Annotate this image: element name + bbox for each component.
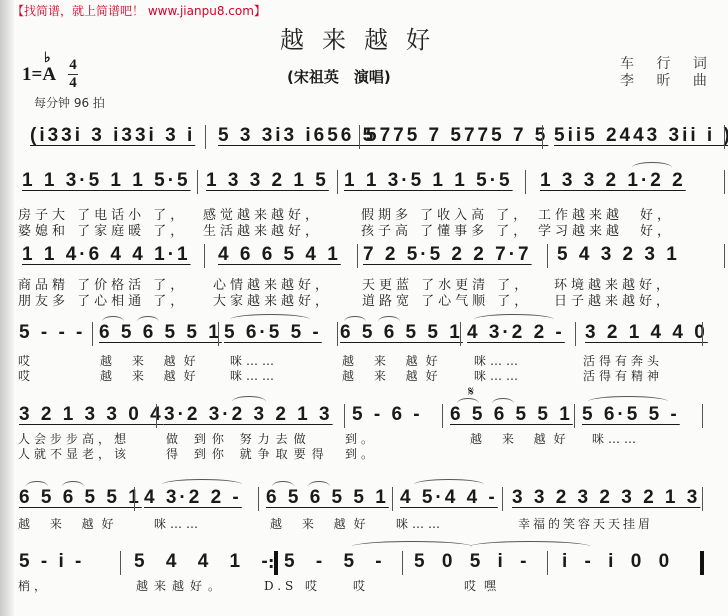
- lyric-line: 道路宽 了心气顺 了，: [362, 290, 531, 309]
- measure: 4 3·2 2 -: [467, 322, 565, 344]
- time-signature-top: 4: [68, 58, 78, 73]
- lyric-line: 越 来 越好: [470, 430, 574, 447]
- song-title: 越来越好: [0, 20, 728, 55]
- measure: 5 6·5 5 -: [224, 322, 322, 344]
- singer-credit: (宋祖英 演唱): [287, 66, 391, 87]
- composer-credit: 李 昕 曲: [620, 73, 716, 90]
- lyric-line: 幸福的笑容天天挂眉: [518, 515, 653, 532]
- tempo-marking: 每分钟 96 拍: [34, 94, 105, 111]
- measure: 4 3·2 2 -: [144, 487, 242, 509]
- lyric-line: 人就不显老，该: [18, 445, 130, 462]
- measure: 5 - 6 -: [352, 404, 423, 426]
- measure: 5 - 5 -: [284, 551, 390, 573]
- measure: 5 4 4 1 -: [134, 551, 276, 573]
- flat-symbol: ♭: [44, 50, 51, 67]
- lyric-line: 哎嘿: [464, 577, 504, 594]
- measure: (i33i 3 i33i 3 i: [30, 125, 195, 147]
- measure: 1 3 3 2 1·2 2: [540, 170, 686, 192]
- lyricist-credit: 车 行 词: [620, 56, 716, 73]
- key-label: 1=A: [22, 64, 56, 85]
- measure: 5775 7 5775 7 5: [366, 125, 548, 147]
- measure: 5 0 5 i -: [414, 551, 532, 573]
- measure: 5 3 3i3 i656 5: [218, 125, 376, 147]
- measure: i - i 0 0: [562, 551, 675, 573]
- key-signature: ♭ 1=A: [22, 64, 56, 86]
- measure: 5 - i -: [19, 551, 84, 573]
- lyric-line: 活得有精神: [583, 367, 663, 384]
- lyric-line: 孩子高 了懂事多 了，: [361, 220, 530, 239]
- measure: 3 3 2 3 2 3 2 1 3: [512, 487, 700, 509]
- lyric-line: D.S 哎 哎: [264, 577, 369, 594]
- lyric-line: 咪……: [230, 367, 278, 384]
- measure: 5 6·5 5 -: [582, 404, 680, 426]
- time-signature-bottom: 4: [68, 76, 78, 91]
- site-banner: 【找简谱，就上简谱吧！ www.jianpu8.com】: [12, 2, 266, 19]
- lyric-line: 日子越来越好，: [554, 290, 673, 309]
- measure: 4 5·4 4 -: [400, 487, 498, 509]
- lyric-line: 越 来 越好: [270, 515, 374, 532]
- lyric-line: 梢，: [18, 577, 50, 594]
- measure: 3·2 3·2 3 2 1 3: [164, 404, 333, 426]
- lyric-line: 朋友多 了心相通 了，: [18, 290, 187, 309]
- measure: 3 2 1 3 3 0 4: [19, 404, 164, 426]
- lyric-line: 越来越好。: [136, 577, 226, 594]
- lyric-line: 越 来 越好: [18, 515, 122, 532]
- measure: 4 6 6 5 4 1: [218, 244, 341, 266]
- lyric-line: 咪……: [592, 430, 640, 447]
- lyric-line: 咪……: [396, 515, 444, 532]
- measure: 7 2 5·5 2 2 7·7: [363, 244, 532, 266]
- lyric-line: 大家越来越好，: [213, 290, 332, 309]
- lyric-line: 得 到你 就争取要得: [166, 445, 330, 462]
- lyric-line: 哎: [18, 367, 34, 384]
- lyric-line: 咪……: [474, 367, 522, 384]
- measure: 5 4 3 2 3 1: [557, 244, 680, 266]
- author-credits: 车 行 词 李 昕 曲: [620, 56, 716, 90]
- page-edge-shadow: [0, 0, 14, 616]
- measure: 1 3 3 2 1 5: [206, 170, 329, 192]
- measure: 1 1 4·6 4 4 1·1: [22, 244, 191, 266]
- lyric-line: 咪……: [154, 515, 202, 532]
- measure: 5 - - -: [19, 322, 85, 344]
- lyric-line: 婆媳和 了家庭暖 了，: [18, 220, 187, 239]
- measure: 1 1 3·5 1 1 5·5: [22, 170, 191, 192]
- time-signature: 4 4: [68, 58, 78, 91]
- lyric-line: 越 来 越好: [342, 367, 446, 384]
- measure: 3 2 1 4 4 0: [585, 322, 708, 344]
- lyric-line: 学习越来越 好，: [538, 220, 674, 239]
- lyric-line: 越 来 越好: [100, 367, 204, 384]
- lyric-line: 生活越来越好，: [203, 220, 322, 239]
- lyric-line: 到。: [345, 445, 377, 462]
- measure: 5ii5 2443 3ii i ): [554, 125, 728, 147]
- measure: 1 1 3·5 1 1 5·5: [344, 170, 513, 192]
